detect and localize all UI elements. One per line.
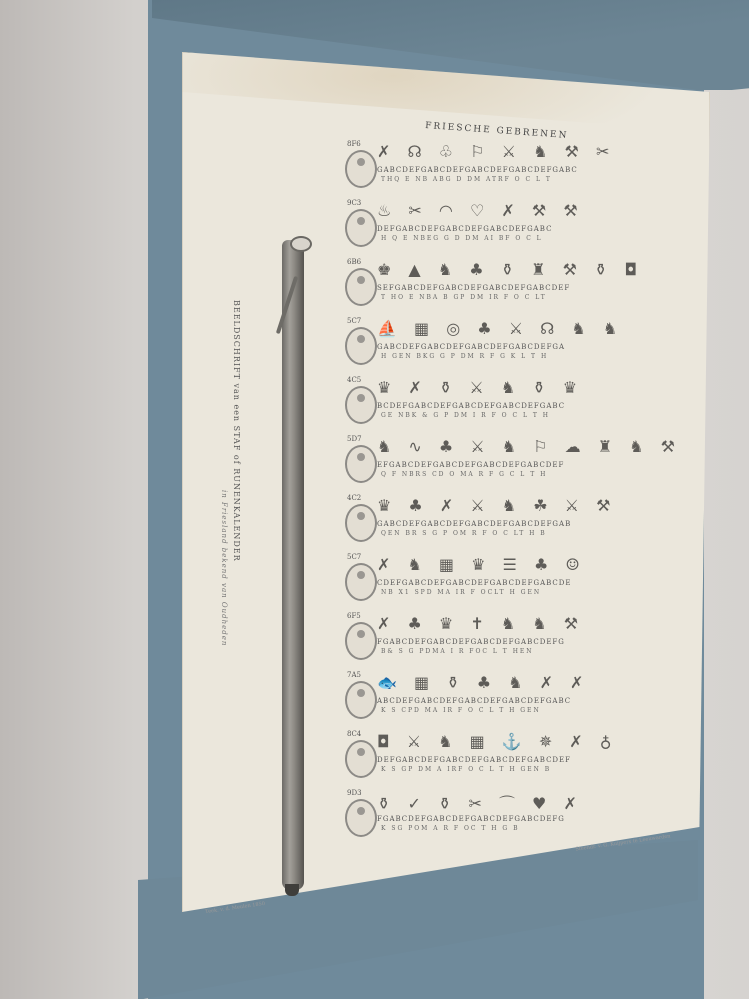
calendar-row: 7A5 🐟 ▦ ⚱ ♣ ♞ ✗ ✗ ABCDEFGABCDEFGABCDEFGA… (345, 671, 615, 729)
row-number: 4C2 (347, 494, 361, 502)
row-number: 5C7 (347, 553, 361, 561)
pictogram-strip: ♛ ✗ ⚱ ⚔ ♞ ⚱ ♛ (377, 378, 583, 397)
calendar-row: 8F6 ✗ ☊ ♧ ⚐ ⚔ ♞ ⚒ ✂ GABCDEFGABCDEFGABCDE… (345, 140, 615, 198)
row-number: 9D3 (347, 789, 362, 797)
pictogram-strip: ♛ ♣ ✗ ⚔ ♞ ☘ ⚔ ⚒ (377, 496, 616, 515)
dominical-letters: DEFGABCDEFGABCDEFGABCDEFGABCDEF (377, 756, 571, 764)
runic-letters: H Q E NBEG G D DM AI BF O C L (381, 235, 543, 242)
calendar-row: 4C2 ♛ ♣ ✗ ⚔ ♞ ☘ ⚔ ⚒ GABCDEFGABCDEFGABCDE… (345, 494, 615, 552)
month-medallion-icon (345, 386, 377, 424)
staff-tip (285, 884, 299, 896)
calendar-row: 6B6 ♚ ▲ ♞ ♣ ⚱ ♜ ⚒ ⚱ ◘ SEFGABCDEFGABCDEFG… (345, 258, 615, 316)
row-number: 8F6 (347, 140, 361, 148)
dominical-letters: DEFGABCDEFGABCDEFGABCDEFGABC (377, 225, 552, 233)
calendar-row: 6F5 ✗ ♣ ♛ ✝ ♞ ♞ ⚒ FGABCDEFGABCDEFGABCDEF… (345, 612, 615, 670)
staff-cap (290, 236, 312, 252)
pictogram-strip: ⛵ ▦ ◎ ♣ ⚔ ☊ ♞ ♞ (377, 319, 623, 338)
pictogram-strip: ♨ ✂ ◠ ♡ ✗ ⚒ ⚒ (377, 201, 584, 220)
dominical-letters: SEFGABCDEFGABCDEFGABCDEFGABCDEF (377, 284, 570, 292)
dominical-letters: GABCDEFGABCDEFGABCDEFGABCDEFGA (377, 343, 565, 351)
month-medallion-icon (345, 268, 377, 306)
dominical-letters: FGABCDEFGABCDEFGABCDEFGABCDEFG (377, 638, 565, 646)
runic-letters: T HO E NBA B GP DM IR F O C LT (381, 294, 547, 301)
dominical-letters: CDEFGABCDEFGABCDEFGABCDEFGABCDE (377, 579, 572, 587)
calendar-row: 8C4 ◘ ⚔ ♞ ▦ ⚓ ✵ ✗ ♁ DEFGABCDEFGABCDEFGAB… (345, 730, 615, 788)
pictogram-strip: ♚ ▲ ♞ ♣ ⚱ ♜ ⚒ ⚱ ◘ (377, 260, 643, 279)
pictogram-strip: ✗ ♞ ▦ ♛ ☰ ♣ ☺ (377, 555, 586, 574)
month-medallion-icon (345, 799, 377, 837)
runic-letters: QEN BR S G P OM R F O C LT H B (381, 530, 547, 537)
row-number: 8C4 (347, 730, 361, 738)
month-medallion-icon (345, 681, 377, 719)
month-medallion-icon (345, 209, 377, 247)
runic-letters: H GEN BKG G P DM R F G K L T H (381, 353, 548, 360)
dominical-letters: GABCDEFGABCDEFGABCDEFGABCDEFGAB (377, 520, 571, 528)
runic-letters: GE NBK & G P DM I R F O C L T H (381, 412, 550, 419)
calendar-row: 5D7 ♞ ∿ ♣ ⚔ ♞ ⚐ ☁ ♜ ♞ ⚒ EFGABCDEFGABCDEF… (345, 435, 615, 493)
row-number: 9C3 (347, 199, 361, 207)
dominical-letters: ABCDEFGABCDEFGABCDEFGABCDEFGABC (377, 697, 571, 705)
month-medallion-icon (345, 150, 377, 188)
row-number: 4C5 (347, 376, 361, 384)
dominical-letters: GABCDEFGABCDEFGABCDEFGABCDEFGABC (377, 166, 578, 174)
runic-letters: K S CPD MA IR F O C L T H GEN (381, 707, 541, 714)
dominical-letters: BCDEFGABCDEFGABCDEFGABCDEFGABC (377, 402, 565, 410)
rune-staff-illustration (282, 240, 304, 890)
pictogram-strip: 🐟 ▦ ⚱ ♣ ♞ ✗ ✗ (377, 673, 589, 692)
pictogram-strip: ✗ ☊ ♧ ⚐ ⚔ ♞ ⚒ ✂ (377, 142, 615, 161)
month-medallion-icon (345, 563, 377, 601)
runic-letters: Q F NBRS CD O MA R F G C L T H (381, 471, 547, 478)
row-number: 5C7 (347, 317, 361, 325)
side-caption-sub: in Friesland bekend van Oudheden (220, 490, 228, 646)
pictogram-strip: ✗ ♣ ♛ ✝ ♞ ♞ ⚒ (377, 614, 584, 633)
runic-letters: K SG POM A R F OC T H G B (381, 825, 520, 832)
dominical-letters: EFGABCDEFGABCDEFGABCDEFGABCDEF (377, 461, 564, 469)
runic-letters: NB X1 SPD MA IR F OCLT H GEN (381, 589, 541, 596)
month-medallion-icon (345, 327, 377, 365)
calendar-row: 9C3 ♨ ✂ ◠ ♡ ✗ ⚒ ⚒ DEFGABCDEFGABCDEFGABCD… (345, 199, 615, 257)
calendar-row: 5C7 ⛵ ▦ ◎ ♣ ⚔ ☊ ♞ ♞ GABCDEFGABCDEFGABCDE… (345, 317, 615, 375)
calendar-row: 4C5 ♛ ✗ ⚱ ⚔ ♞ ⚱ ♛ BCDEFGABCDEFGABCDEFGAB… (345, 376, 615, 434)
row-number: 6F5 (347, 612, 361, 620)
month-medallion-icon (345, 445, 377, 483)
pictogram-strip: ⚱ ✓ ⚱ ✂ ⌒ ♥ ✗ (377, 791, 583, 814)
runic-letters: THQ E NB ABG D DM ATRF O C L T (381, 176, 552, 183)
calendar-row: 9D3 ⚱ ✓ ⚱ ✂ ⌒ ♥ ✗ FGABCDEFGABCDEFGABCDEF… (345, 789, 615, 847)
calendar-rows: 8F6 ✗ ☊ ♧ ⚐ ⚔ ♞ ⚒ ✂ GABCDEFGABCDEFGABCDE… (345, 140, 615, 848)
runic-letters: B& S G PDMA I R FOC L T HEN (381, 648, 534, 655)
row-number: 5D7 (347, 435, 362, 443)
dominical-letters: FGABCDEFGABCDEFGABCDEFGABCDEFG (377, 815, 565, 823)
month-medallion-icon (345, 504, 377, 542)
month-medallion-icon (345, 622, 377, 660)
side-caption: BEELDSCHRIFT van een STAF of RUNENKALEND… (232, 300, 248, 800)
row-number: 6B6 (347, 258, 361, 266)
runic-letters: K S GP DM A IRF O C L T H GEN B (381, 766, 551, 773)
month-medallion-icon (345, 740, 377, 778)
calendar-row: 5C7 ✗ ♞ ▦ ♛ ☰ ♣ ☺ CDEFGABCDEFGABCDEFGABC… (345, 553, 615, 611)
pictogram-strip: ◘ ⚔ ♞ ▦ ⚓ ✵ ✗ ♁ (377, 732, 618, 751)
side-caption-main: BEELDSCHRIFT van een STAF of RUNENKALEND… (232, 300, 241, 562)
row-number: 7A5 (347, 671, 361, 679)
pictogram-strip: ♞ ∿ ♣ ⚔ ♞ ⚐ ☁ ♜ ♞ ⚒ (377, 437, 681, 456)
